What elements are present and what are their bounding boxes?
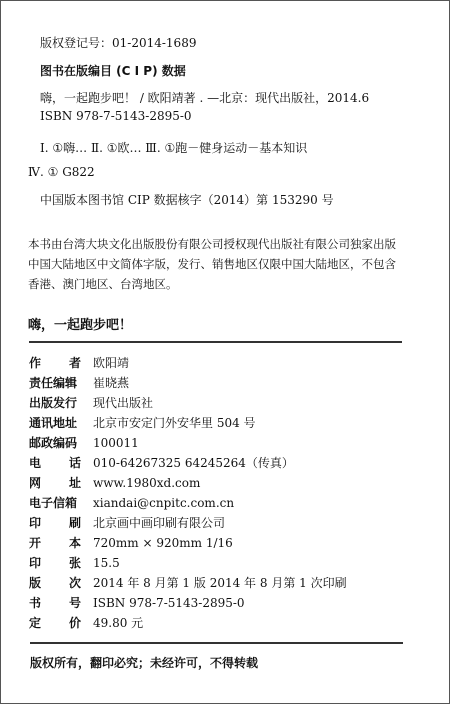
cip-class-line: Ⅳ. ① G822: [28, 165, 95, 179]
license-notice-line: 香港、澳门地区、台湾地区。: [28, 277, 178, 291]
detail-label: 印刷: [29, 516, 81, 530]
detail-label: 网址: [29, 476, 81, 490]
detail-label: 电子信箱: [29, 496, 81, 510]
detail-value: 100011: [93, 436, 139, 450]
divider: [30, 642, 403, 644]
detail-label: 邮政编码: [29, 436, 81, 450]
detail-label: 开本: [29, 536, 81, 550]
cip-isbn-line: ISBN 978-7-5143-2895-0: [40, 109, 192, 123]
cip-title-line: 嗨，一起跑步吧！ / 欧阳靖著 . —北京：现代出版社，2014.6: [40, 91, 369, 105]
detail-value: xiandai@cnpitc.com.cn: [93, 496, 234, 510]
rights-statement: 版权所有，翻印必究；未经许可，不得转载: [30, 656, 258, 670]
detail-label: 作者: [29, 356, 81, 370]
book-title: 嗨，一起跑步吧！: [28, 319, 132, 333]
detail-value: 15.5: [93, 556, 120, 570]
detail-label: 通讯地址: [29, 416, 81, 430]
detail-value: 010-64267325 64245264（传真）: [93, 456, 294, 470]
license-notice-line: 本书由台湾大块文化出版股份有限公司授权现代出版社有限公司独家出版: [28, 237, 396, 251]
copyright-registration: 版权登记号：01-2014-1689: [40, 36, 196, 50]
copyright-page: 版权登记号：01-2014-1689 图书在版编目 (C I P) 数据 嗨，一…: [0, 0, 450, 704]
detail-label: 电话: [29, 456, 81, 470]
detail-value: 北京画中画印刷有限公司: [93, 516, 225, 530]
detail-value: 崔晓燕: [93, 376, 129, 390]
detail-label: 定价: [29, 616, 81, 630]
detail-value: www.1980xd.com: [93, 476, 200, 490]
detail-label: 版次: [29, 576, 81, 590]
detail-label: 责任编辑: [29, 376, 81, 390]
detail-value: 720mm × 920mm 1/16: [93, 536, 233, 550]
detail-value: 北京市安定门外安华里 504 号: [93, 416, 256, 430]
detail-value: 49.80 元: [93, 616, 143, 630]
detail-value: ISBN 978-7-5143-2895-0: [93, 596, 245, 610]
license-notice-line: 中国大陆地区中文简体字版，发行、销售地区仅限中国大陆地区，不包含: [28, 257, 396, 271]
cip-subject-line: Ⅰ. ①嗨… Ⅱ. ①欧… Ⅲ. ①跑－健身运动－基本知识: [40, 141, 307, 155]
detail-label: 印张: [29, 556, 81, 570]
detail-value: 现代出版社: [93, 396, 153, 410]
detail-value: 欧阳靖: [93, 356, 129, 370]
cip-library-line: 中国版本图书馆 CIP 数据核字（2014）第 153290 号: [40, 193, 334, 207]
detail-value: 2014 年 8 月第 1 版 2014 年 8 月第 1 次印刷: [93, 576, 347, 590]
detail-label: 出版发行: [29, 396, 81, 410]
cip-heading: 图书在版编目 (C I P) 数据: [40, 64, 186, 78]
detail-label: 书号: [29, 596, 81, 610]
divider: [29, 341, 402, 343]
